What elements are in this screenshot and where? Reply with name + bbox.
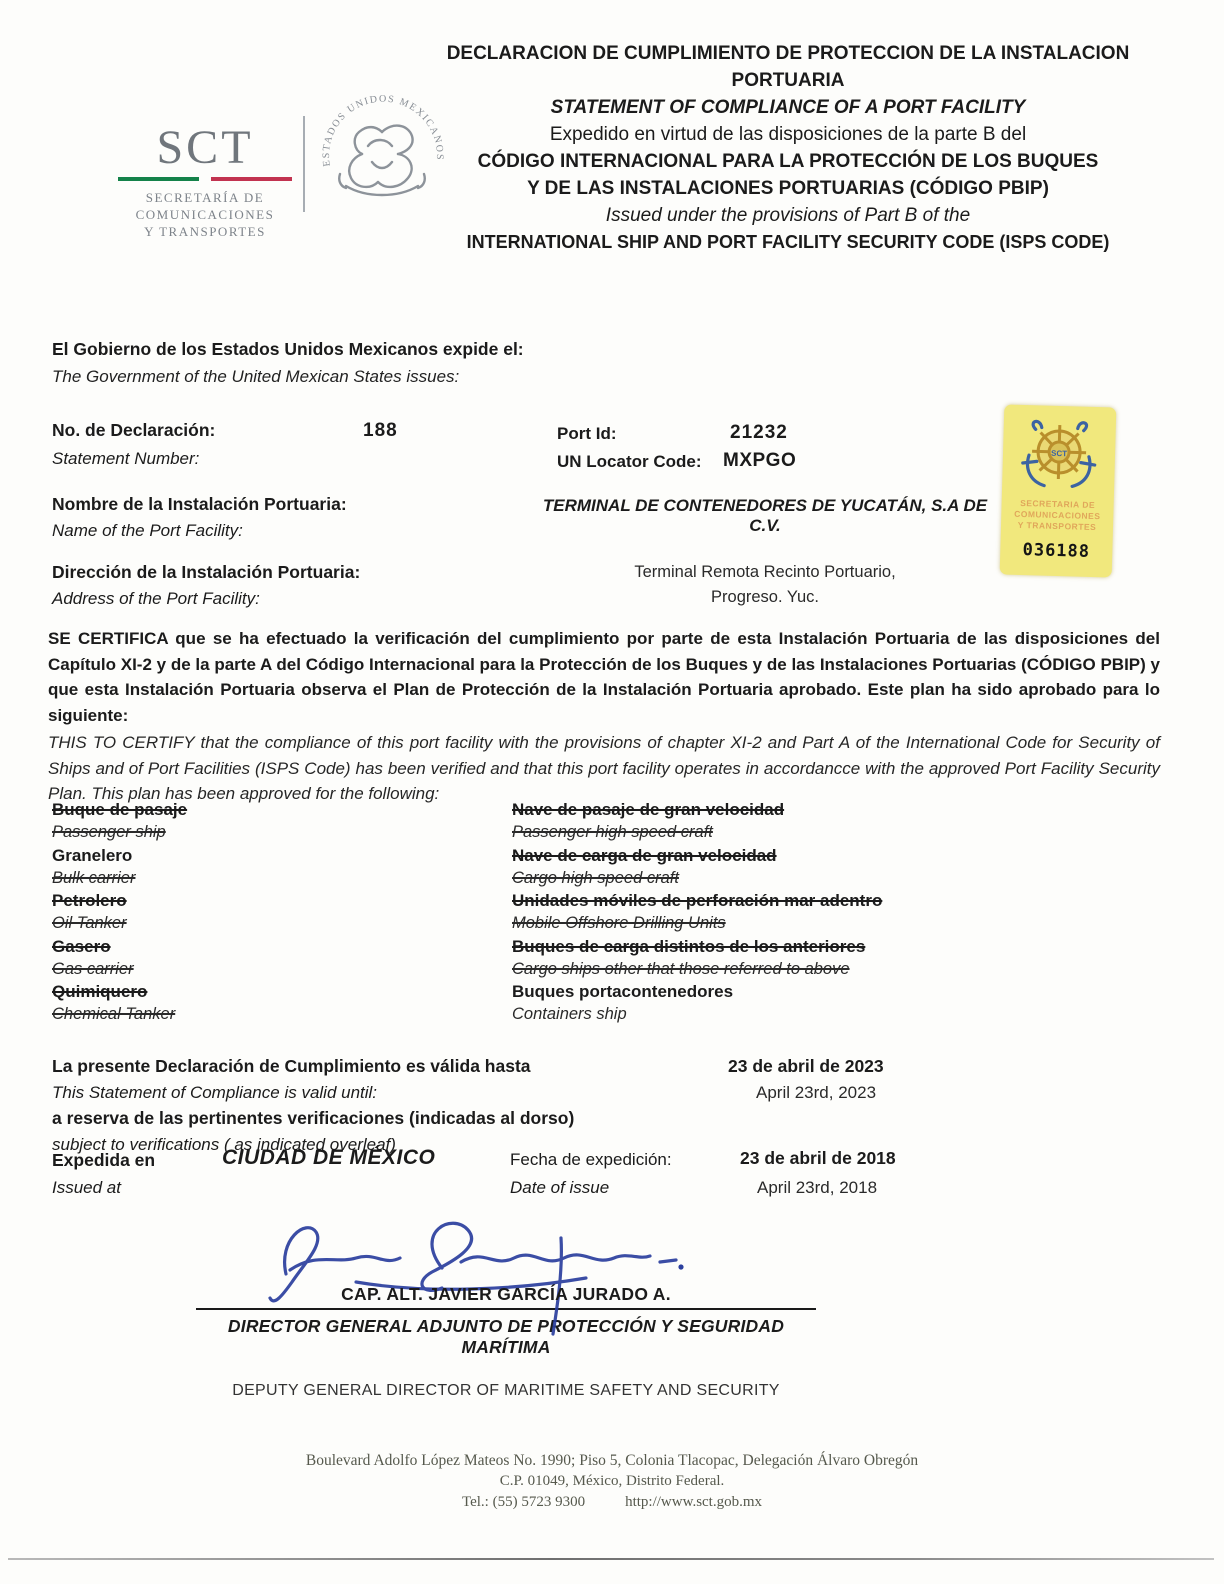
vessel-type-es: Unidades móviles de perforación mar aden… — [512, 889, 1162, 912]
vessel-type-en: Mobile Offshore Drilling Units — [512, 912, 1162, 935]
vessel-type-es: Nave de carga de gran velocidad — [512, 844, 1162, 867]
validity-reservation-es: a reserva de las pertinentes verificacio… — [52, 1108, 574, 1129]
validity-date-en: April 23rd, 2023 — [756, 1083, 876, 1103]
issue-block: Expedida en CIUDAD DE MÉXICO Fecha de ex… — [52, 1146, 1156, 1206]
code-title-es-1: CÓDIGO INTERNACIONAL PARA LA PROTECCIÓN … — [388, 148, 1188, 175]
vessel-type-es: Quimiquero — [52, 980, 512, 1003]
footer-line3: Tel.: (55) 5723 9300http://www.sct.gob.m… — [0, 1492, 1224, 1513]
handwritten-signature — [196, 1204, 816, 1284]
validity-line-es: La presente Declaración de Cumplimiento … — [52, 1056, 531, 1077]
vessel-type-en: Cargo high speed craft — [512, 867, 1162, 890]
issuer-en: The Government of the United Mexican Sta… — [52, 363, 524, 390]
sct-caption-line1: SECRETARÍA DE — [110, 189, 300, 206]
signature-block: CAP. ALT. JAVIER GARCÍA JURADO A. DIRECT… — [196, 1204, 816, 1400]
page-bottom-edge — [8, 1558, 1214, 1560]
sct-caption-line2: COMUNICACIONES — [110, 206, 300, 223]
validity-date-es: 23 de abril de 2023 — [728, 1056, 884, 1077]
vessel-type-en: Cargo ships other that those referred to… — [512, 958, 1162, 981]
certification-paragraph-es: SE CERTIFICA que se ha efectuado la veri… — [48, 626, 1160, 728]
footer-line2: C.P. 01049, México, Distrito Federal. — [0, 1471, 1224, 1492]
svg-text:SCT: SCT — [1051, 449, 1067, 458]
facility-address-label-es: Dirección de la Instalación Portuaria: — [52, 562, 360, 583]
document-page: SCT SECRETARÍA DE COMUNICACIONES Y TRANS… — [0, 0, 1224, 1584]
statement-number-label-en: Statement Number: — [52, 449, 199, 469]
subtitle-en: Issued under the provisions of Part B of… — [388, 202, 1188, 229]
vessel-type-en: Chemical Tanker — [52, 1003, 512, 1026]
un-locator-label: UN Locator Code: — [557, 452, 702, 472]
stamp-serial-number: 036188 — [1000, 539, 1113, 562]
issue-date-es: 23 de abril de 2018 — [740, 1148, 896, 1169]
title-en: STATEMENT OF COMPLIANCE OF A PORT FACILI… — [388, 94, 1188, 121]
vessel-type-item: QuimiqueroChemical Tanker — [52, 980, 512, 1026]
flag-underline — [118, 176, 292, 181]
logo-divider — [303, 116, 305, 212]
ship-wheel-anchor-icon: SCT — [1002, 414, 1116, 500]
sct-caption-line3: Y TRANSPORTES — [110, 223, 300, 240]
vessel-type-es: Granelero — [52, 844, 512, 867]
vessel-types-right-column: Nave de pasaje de gran velocidadPassenge… — [512, 798, 1162, 1026]
code-title-en: INTERNATIONAL SHIP AND PORT FACILITY SEC… — [388, 229, 1188, 256]
un-locator-value: MXPGO — [723, 450, 796, 472]
sct-logo: SCT SECRETARÍA DE COMUNICACIONES Y TRANS… — [110, 124, 300, 240]
vessel-type-item: Unidades móviles de perforación mar aden… — [512, 889, 1162, 935]
stamp-caption-line3: Y TRANSPORTES — [1001, 519, 1113, 533]
issue-city: CIUDAD DE MÉXICO — [222, 1146, 435, 1170]
vessel-type-item: Buques de carga distintos de los anterio… — [512, 935, 1162, 981]
flag-red-bar — [211, 177, 292, 181]
vessel-types-left-column: Buque de pasajePassenger shipGraneleroBu… — [52, 798, 512, 1026]
statement-number-label-es: No. de Declaración: — [52, 420, 215, 441]
subtitle-es: Expedido en virtud de las disposiciones … — [388, 121, 1188, 148]
facility-address-label-en: Address of the Port Facility: — [52, 589, 260, 609]
vessel-type-en: Passenger high speed craft — [512, 821, 1162, 844]
certification-paragraph-en: THIS TO CERTIFY that the compliance of t… — [48, 730, 1160, 807]
vessel-type-es: Nave de pasaje de gran velocidad — [512, 798, 1162, 821]
facility-name-value: TERMINAL DE CONTENEDORES DE YUCATÁN, S.A… — [535, 496, 995, 536]
facility-address-line1: Terminal Remota Recinto Portuario, — [535, 560, 995, 585]
facility-name-label-en: Name of the Port Facility: — [52, 521, 243, 541]
facility-name-label-es: Nombre de la Instalación Portuaria: — [52, 494, 347, 515]
vessel-type-en: Containers ship — [512, 1003, 1162, 1026]
vessel-type-es: Buque de pasaje — [52, 798, 512, 821]
signer-title-en: DEPUTY GENERAL DIRECTOR OF MARITIME SAFE… — [196, 1382, 816, 1400]
vessel-type-item: Buques portacontenedoresContainers ship — [512, 980, 1162, 1026]
title-es: DECLARACION DE CUMPLIMIENTO DE PROTECCIO… — [388, 40, 1188, 94]
vessel-types-list: Buque de pasajePassenger shipGraneleroBu… — [52, 798, 1162, 1026]
port-id-value: 21232 — [730, 422, 788, 444]
vessel-type-es: Buques de carga distintos de los anterio… — [512, 935, 1162, 958]
vessel-type-en: Gas carrier — [52, 958, 512, 981]
issue-date-label-en: Date of issue — [510, 1178, 609, 1198]
footer-telephone: Tel.: (55) 5723 9300 — [462, 1494, 585, 1510]
vessel-type-es: Buques portacontenedores — [512, 980, 1162, 1003]
vessel-type-item: Buque de pasajePassenger ship — [52, 798, 512, 844]
issue-date-en: April 23rd, 2018 — [757, 1178, 877, 1198]
vessel-type-en: Bulk carrier — [52, 867, 512, 890]
facility-address-value: Terminal Remota Recinto Portuario, Progr… — [535, 560, 995, 610]
flag-green-bar — [118, 177, 199, 181]
issue-date-label-es: Fecha de expedición: — [510, 1150, 672, 1170]
statement-number-value: 188 — [363, 420, 398, 442]
vessel-type-item: PetroleroOil Tanker — [52, 889, 512, 935]
vessel-type-item: Nave de pasaje de gran velocidadPassenge… — [512, 798, 1162, 844]
facility-address-line2: Progreso. Yuc. — [535, 585, 995, 610]
vessel-type-item: GraneleroBulk carrier — [52, 844, 512, 890]
security-stamp: SCT SECRETARIA DE COMUNICACIONES Y TRANS… — [1000, 404, 1117, 577]
code-title-es-2: Y DE LAS INSTALACIONES PORTUARIAS (CÓDIG… — [388, 175, 1188, 202]
certification-block: SE CERTIFICA que se ha efectuado la veri… — [48, 626, 1160, 807]
vessel-type-en: Oil Tanker — [52, 912, 512, 935]
footer-line1: Boulevard Adolfo López Mateos No. 1990; … — [0, 1450, 1224, 1471]
port-id-label: Port Id: — [557, 424, 617, 444]
vessel-type-item: GaseroGas carrier — [52, 935, 512, 981]
statement-row: No. de Declaración: 188 Statement Number… — [52, 420, 1156, 490]
document-header: DECLARACION DE CUMPLIMIENTO DE PROTECCIO… — [388, 40, 1188, 256]
sct-wordmark: SCT — [110, 124, 300, 172]
vessel-type-item: Nave de carga de gran velocidadCargo hig… — [512, 844, 1162, 890]
footer-address: Boulevard Adolfo López Mateos No. 1990; … — [0, 1450, 1224, 1513]
vessel-type-es: Gasero — [52, 935, 512, 958]
validity-line-en: This Statement of Compliance is valid un… — [52, 1083, 377, 1103]
footer-url: http://www.sct.gob.mx — [625, 1494, 762, 1510]
vessel-type-en: Passenger ship — [52, 821, 512, 844]
issued-at-label-en: Issued at — [52, 1178, 121, 1198]
issuer-block: El Gobierno de los Estados Unidos Mexica… — [52, 336, 524, 390]
issued-at-label-es: Expedida en — [52, 1150, 155, 1171]
issuer-es: El Gobierno de los Estados Unidos Mexica… — [52, 336, 524, 363]
vessel-type-es: Petrolero — [52, 889, 512, 912]
signer-name: CAP. ALT. JAVIER GARCÍA JURADO A. — [196, 1284, 816, 1305]
